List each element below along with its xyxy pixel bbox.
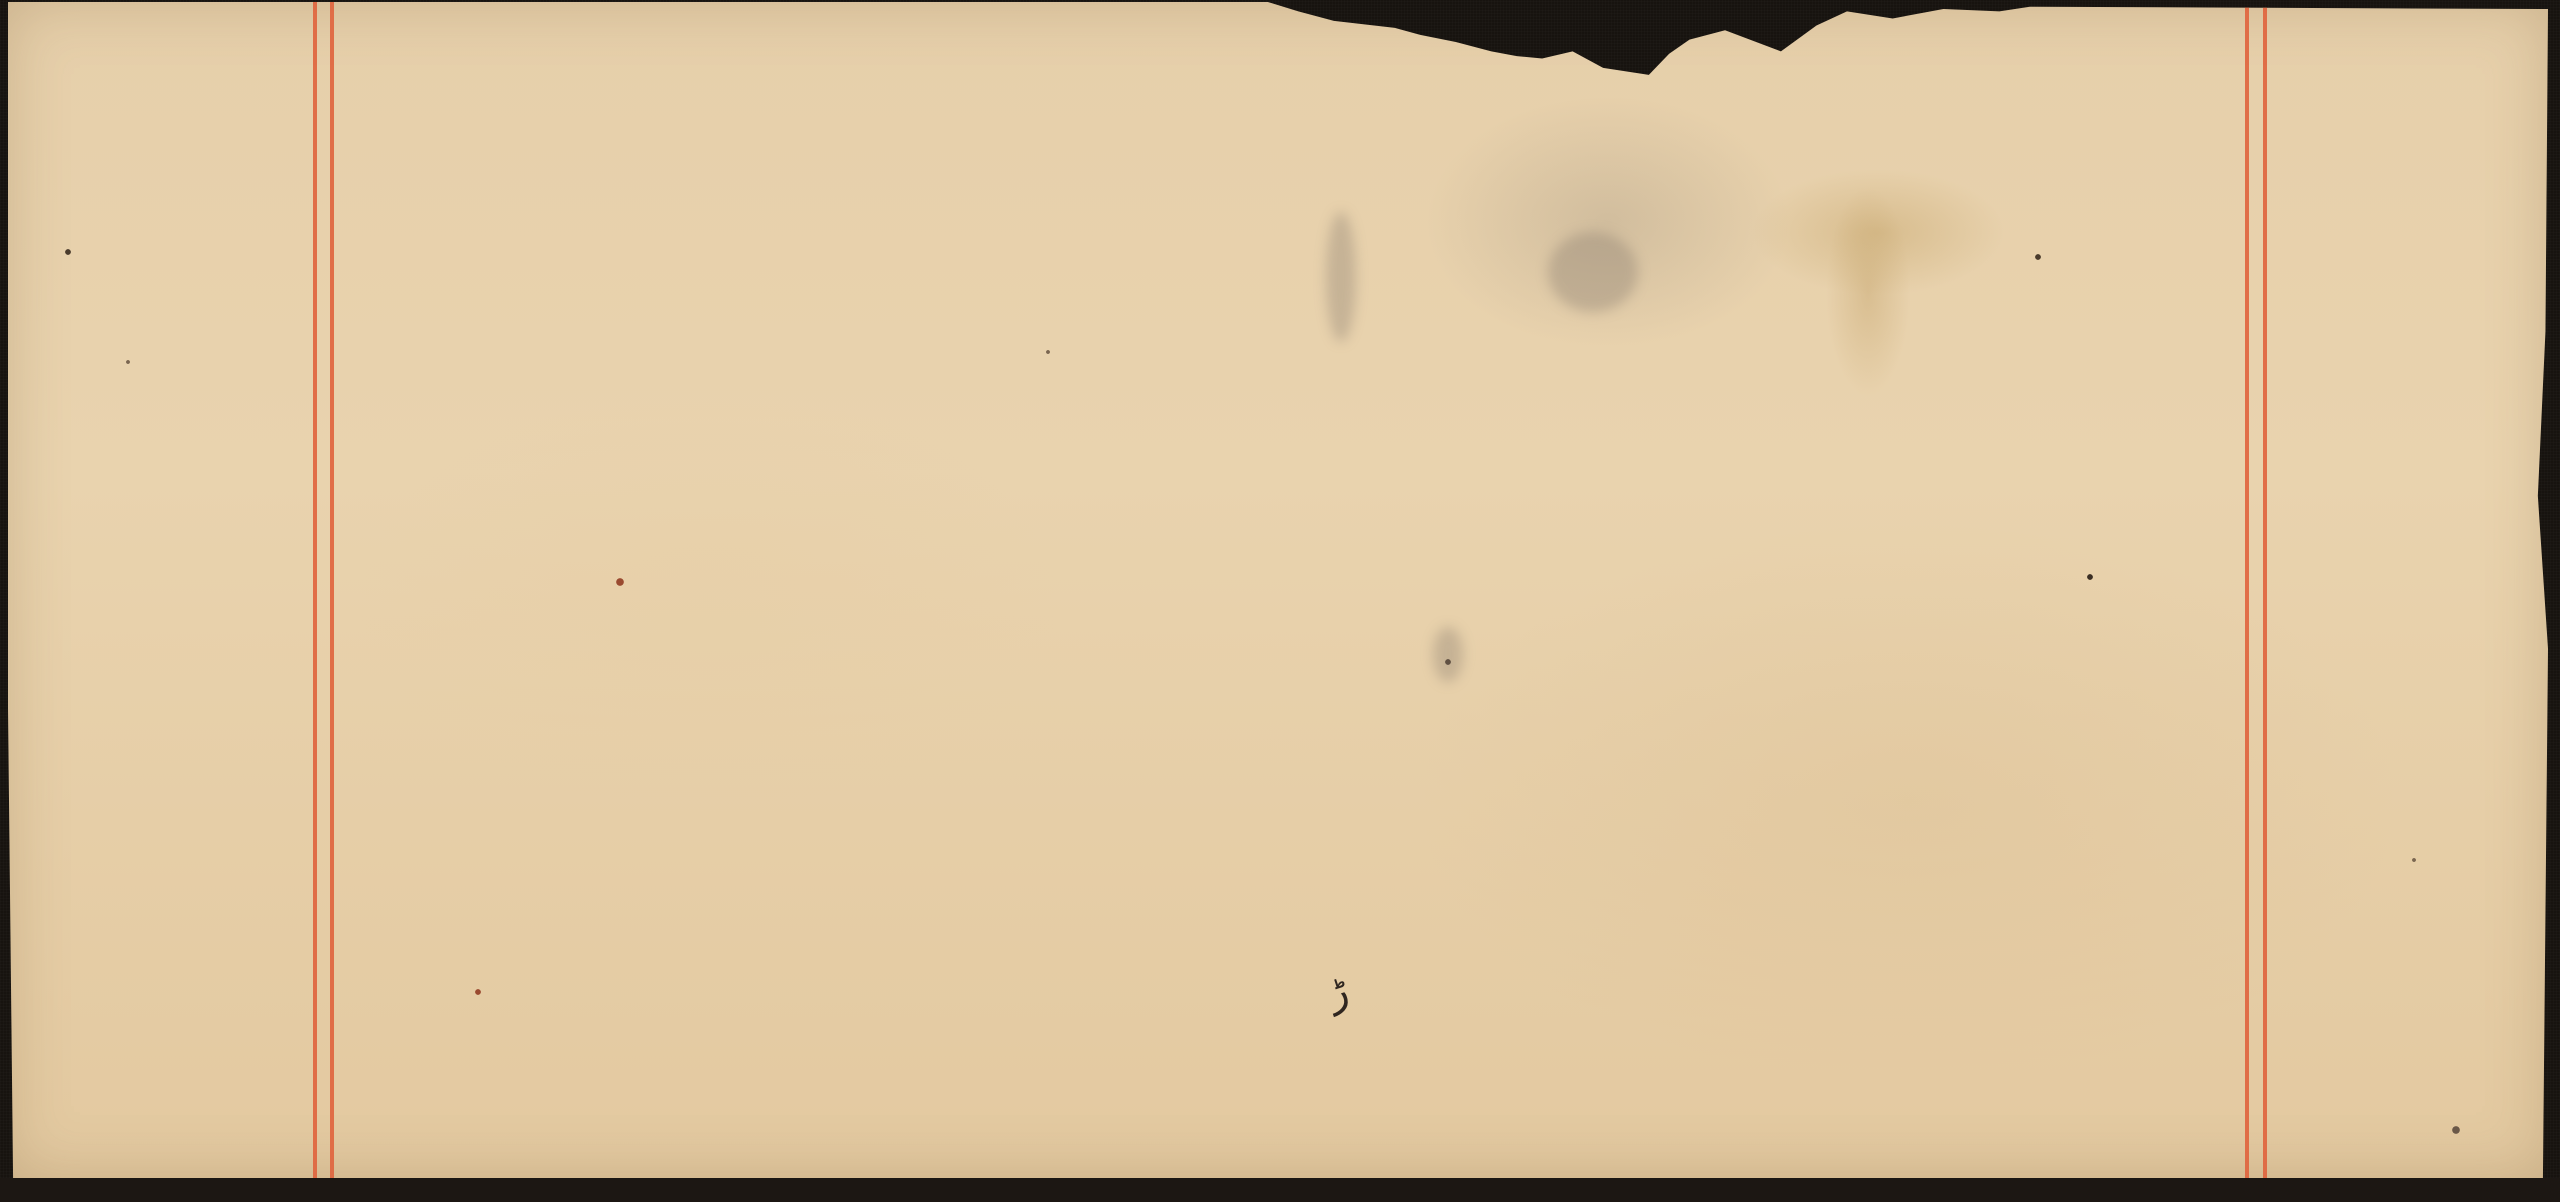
right-margin-ruling-outer [2245, 2, 2249, 1178]
manuscript-folio: ڑ [8, 2, 2548, 1178]
left-margin-ruling-outer [313, 2, 317, 1178]
bottom-edge-shadow [0, 1178, 2560, 1202]
paper-fibers [8, 2, 2548, 1178]
left-margin-ruling-inner [330, 2, 334, 1178]
pencil-sketch [1326, 212, 1356, 342]
ink-blot [1548, 232, 1638, 312]
right-margin-ruling-inner [2263, 2, 2267, 1178]
ink-blot [1433, 627, 1463, 682]
